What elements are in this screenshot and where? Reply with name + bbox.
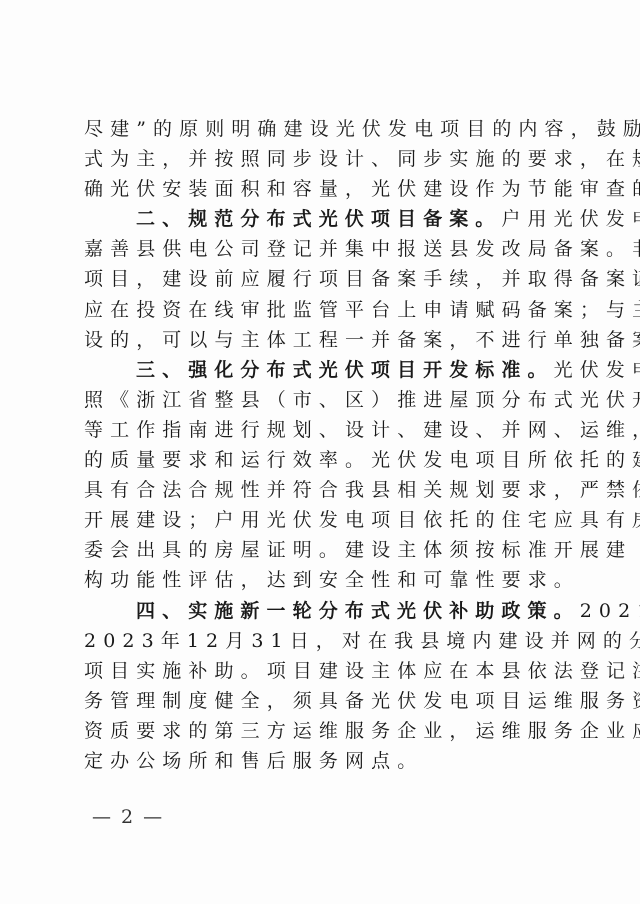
paragraph-line: 构功能性评估，达到安全性和可靠性要求。	[84, 565, 560, 595]
section-2-text: 户用光伏发电项目，由国网	[501, 208, 640, 230]
document-body: 尽建”的原则明确建设光伏发电项目的内容，鼓励以自发自用方 式为主，并按照同步设计…	[84, 114, 560, 776]
paragraph-line: 确光伏安装面积和容量，光伏建设作为节能审查的重要内容。	[84, 174, 560, 204]
paragraph-line: 设的，可以与主体工程一并备案，不进行单独备案。	[84, 325, 560, 355]
section-2-first-line: 二、规范分布式光伏项目备案。户用光伏发电项目，由国网	[84, 204, 560, 234]
paragraph-line: 开展建设；户用光伏发电项目依托的住宅应具有房产证或村（居）	[84, 505, 560, 535]
section-4-text: 2021年1月1日至	[580, 600, 640, 622]
page-number: — 2 —	[92, 806, 164, 828]
paragraph-line: 的质量要求和运行效率。光伏发电项目所依托的建（构）筑物应	[84, 445, 560, 475]
paragraph-line: 应在投资在线审批监管平台上申请赋码备案；与主体工程同步建	[84, 295, 560, 325]
paragraph-line: 等工作指南进行规划、设计、建设、并网、运维，严控光伏建设	[84, 415, 560, 445]
paragraph-line: 项目，建设前应履行项目备案手续，并取得备案证明，建设主体	[84, 264, 560, 294]
paragraph-line: 务管理制度健全，须具备光伏发电项目运维服务资质或委托符合	[84, 686, 560, 716]
section-4-first-line: 四、实施新一轮分布式光伏补助政策。2021年1月1日至	[84, 596, 560, 626]
paragraph-line: 嘉善县供电公司登记并集中报送县发改局备案。非户用光伏发电	[84, 234, 560, 264]
paragraph-line: 2023年12月31日，对在我县境内建设并网的分布式光伏发电	[84, 626, 560, 656]
paragraph-line: 尽建”的原则明确建设光伏发电项目的内容，鼓励以自发自用方	[84, 114, 560, 144]
paragraph-line: 委会出具的房屋证明。建设主体须按标准开展建（构）筑物的结	[84, 535, 560, 565]
document-page: 尽建”的原则明确建设光伏发电项目的内容，鼓励以自发自用方 式为主，并按照同步设计…	[0, 0, 640, 904]
section-heading-4: 四、实施新一轮分布式光伏补助政策。	[136, 600, 580, 622]
section-3-first-line: 三、强化分布式光伏项目开发标准。光伏发电项目应严格按	[84, 355, 560, 385]
paragraph-line: 具有合法合规性并符合我县相关规划要求，严禁依附违章建筑物	[84, 475, 560, 505]
paragraph-line: 定办公场所和售后服务网点。	[84, 746, 560, 776]
paragraph-line: 照《浙江省整县（市、区）推进屋顶分布式光伏开发工作导则》	[84, 385, 560, 415]
paragraph-line: 资质要求的第三方运维服务企业，运维服务企业应在我县具有固	[84, 716, 560, 746]
section-heading-3: 三、强化分布式光伏项目开发标准。	[136, 359, 554, 381]
paragraph-line: 项目实施补助。项目建设主体应在本县依法登记注册纳税，且财	[84, 656, 560, 686]
section-3-text: 光伏发电项目应严格按	[554, 359, 640, 381]
section-heading-2: 二、规范分布式光伏项目备案。	[136, 208, 501, 230]
paragraph-line: 式为主，并按照同步设计、同步实施的要求，在规划设计阶段明	[84, 144, 560, 174]
